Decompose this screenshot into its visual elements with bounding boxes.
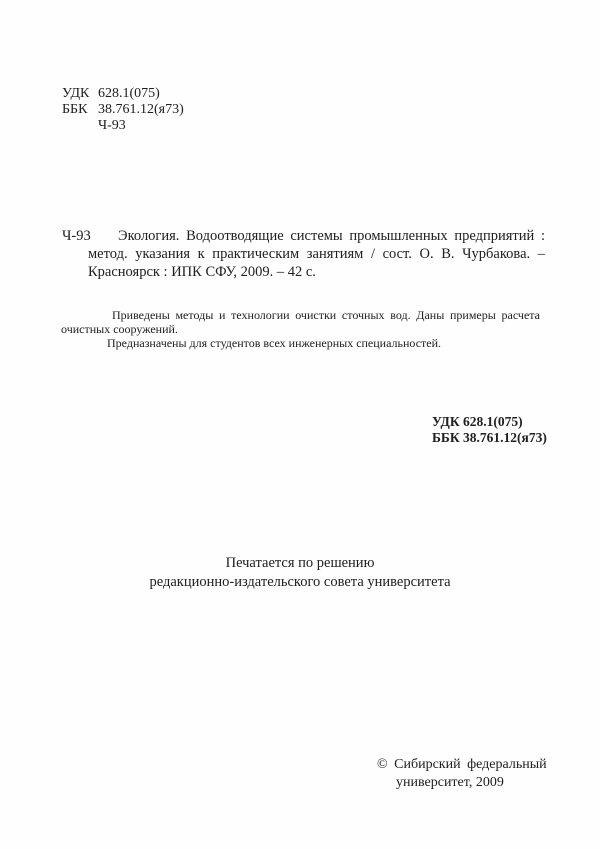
catalog-entry-line: Экология. Водоотводящие системы промышле… — [88, 227, 545, 245]
udk-label: УДК — [62, 86, 98, 102]
udk-code-row: УДК 628.1(075) — [62, 86, 184, 102]
annotation-line: Предназначены для студентов всех инженер… — [61, 336, 540, 350]
copyright-line: университет, 2009 — [377, 774, 557, 792]
copyright-notice: © Сибирский федеральный университет, 200… — [377, 756, 557, 791]
author-sign-row: Ч-93 — [62, 118, 184, 134]
print-note-line: Печатается по решению — [0, 554, 600, 573]
udk-value: 628.1(075) — [98, 86, 160, 102]
copyright-line: © Сибирский федеральный — [377, 756, 557, 774]
author-sign-label — [62, 118, 98, 134]
imprint-page: УДК 628.1(075) ББК 38.761.12(я73) Ч-93 Ч… — [0, 0, 600, 849]
printing-resolution-note: Печатается по решению редакционно-издате… — [0, 554, 600, 592]
annotation-line: очистных сооружений. — [61, 322, 540, 336]
print-note-line: редакционно-издательского совета универс… — [0, 573, 600, 592]
bbk-bold-line: ББК 38.761.12(я73) — [432, 430, 547, 446]
bbk-code-row: ББК 38.761.12(я73) — [62, 102, 184, 118]
author-sign-value: Ч-93 — [98, 118, 126, 134]
top-classification-codes: УДК 628.1(075) ББК 38.761.12(я73) Ч-93 — [62, 86, 184, 133]
catalog-entry-line: метод. указания к практическим занятиям … — [88, 245, 545, 263]
udk-bold-line: УДК 628.1(075) — [432, 414, 547, 430]
annotation: Приведены методы и технологии очистки ст… — [61, 308, 540, 350]
bbk-value: 38.761.12(я73) — [98, 102, 184, 118]
classification-codes-bold: УДК 628.1(075) ББК 38.761.12(я73) — [432, 414, 547, 446]
catalog-entry-line: Красноярск : ИПК СФУ, 2009. – 42 с. — [88, 263, 545, 281]
annotation-line: Приведены методы и технологии очистки ст… — [61, 308, 540, 322]
bbk-label: ББК — [62, 102, 98, 118]
catalog-entry-text: Экология. Водоотводящие системы промышле… — [88, 227, 545, 281]
catalog-entry: Ч-93 Экология. Водоотводящие системы про… — [62, 227, 545, 281]
catalog-entry-code: Ч-93 — [62, 227, 91, 245]
